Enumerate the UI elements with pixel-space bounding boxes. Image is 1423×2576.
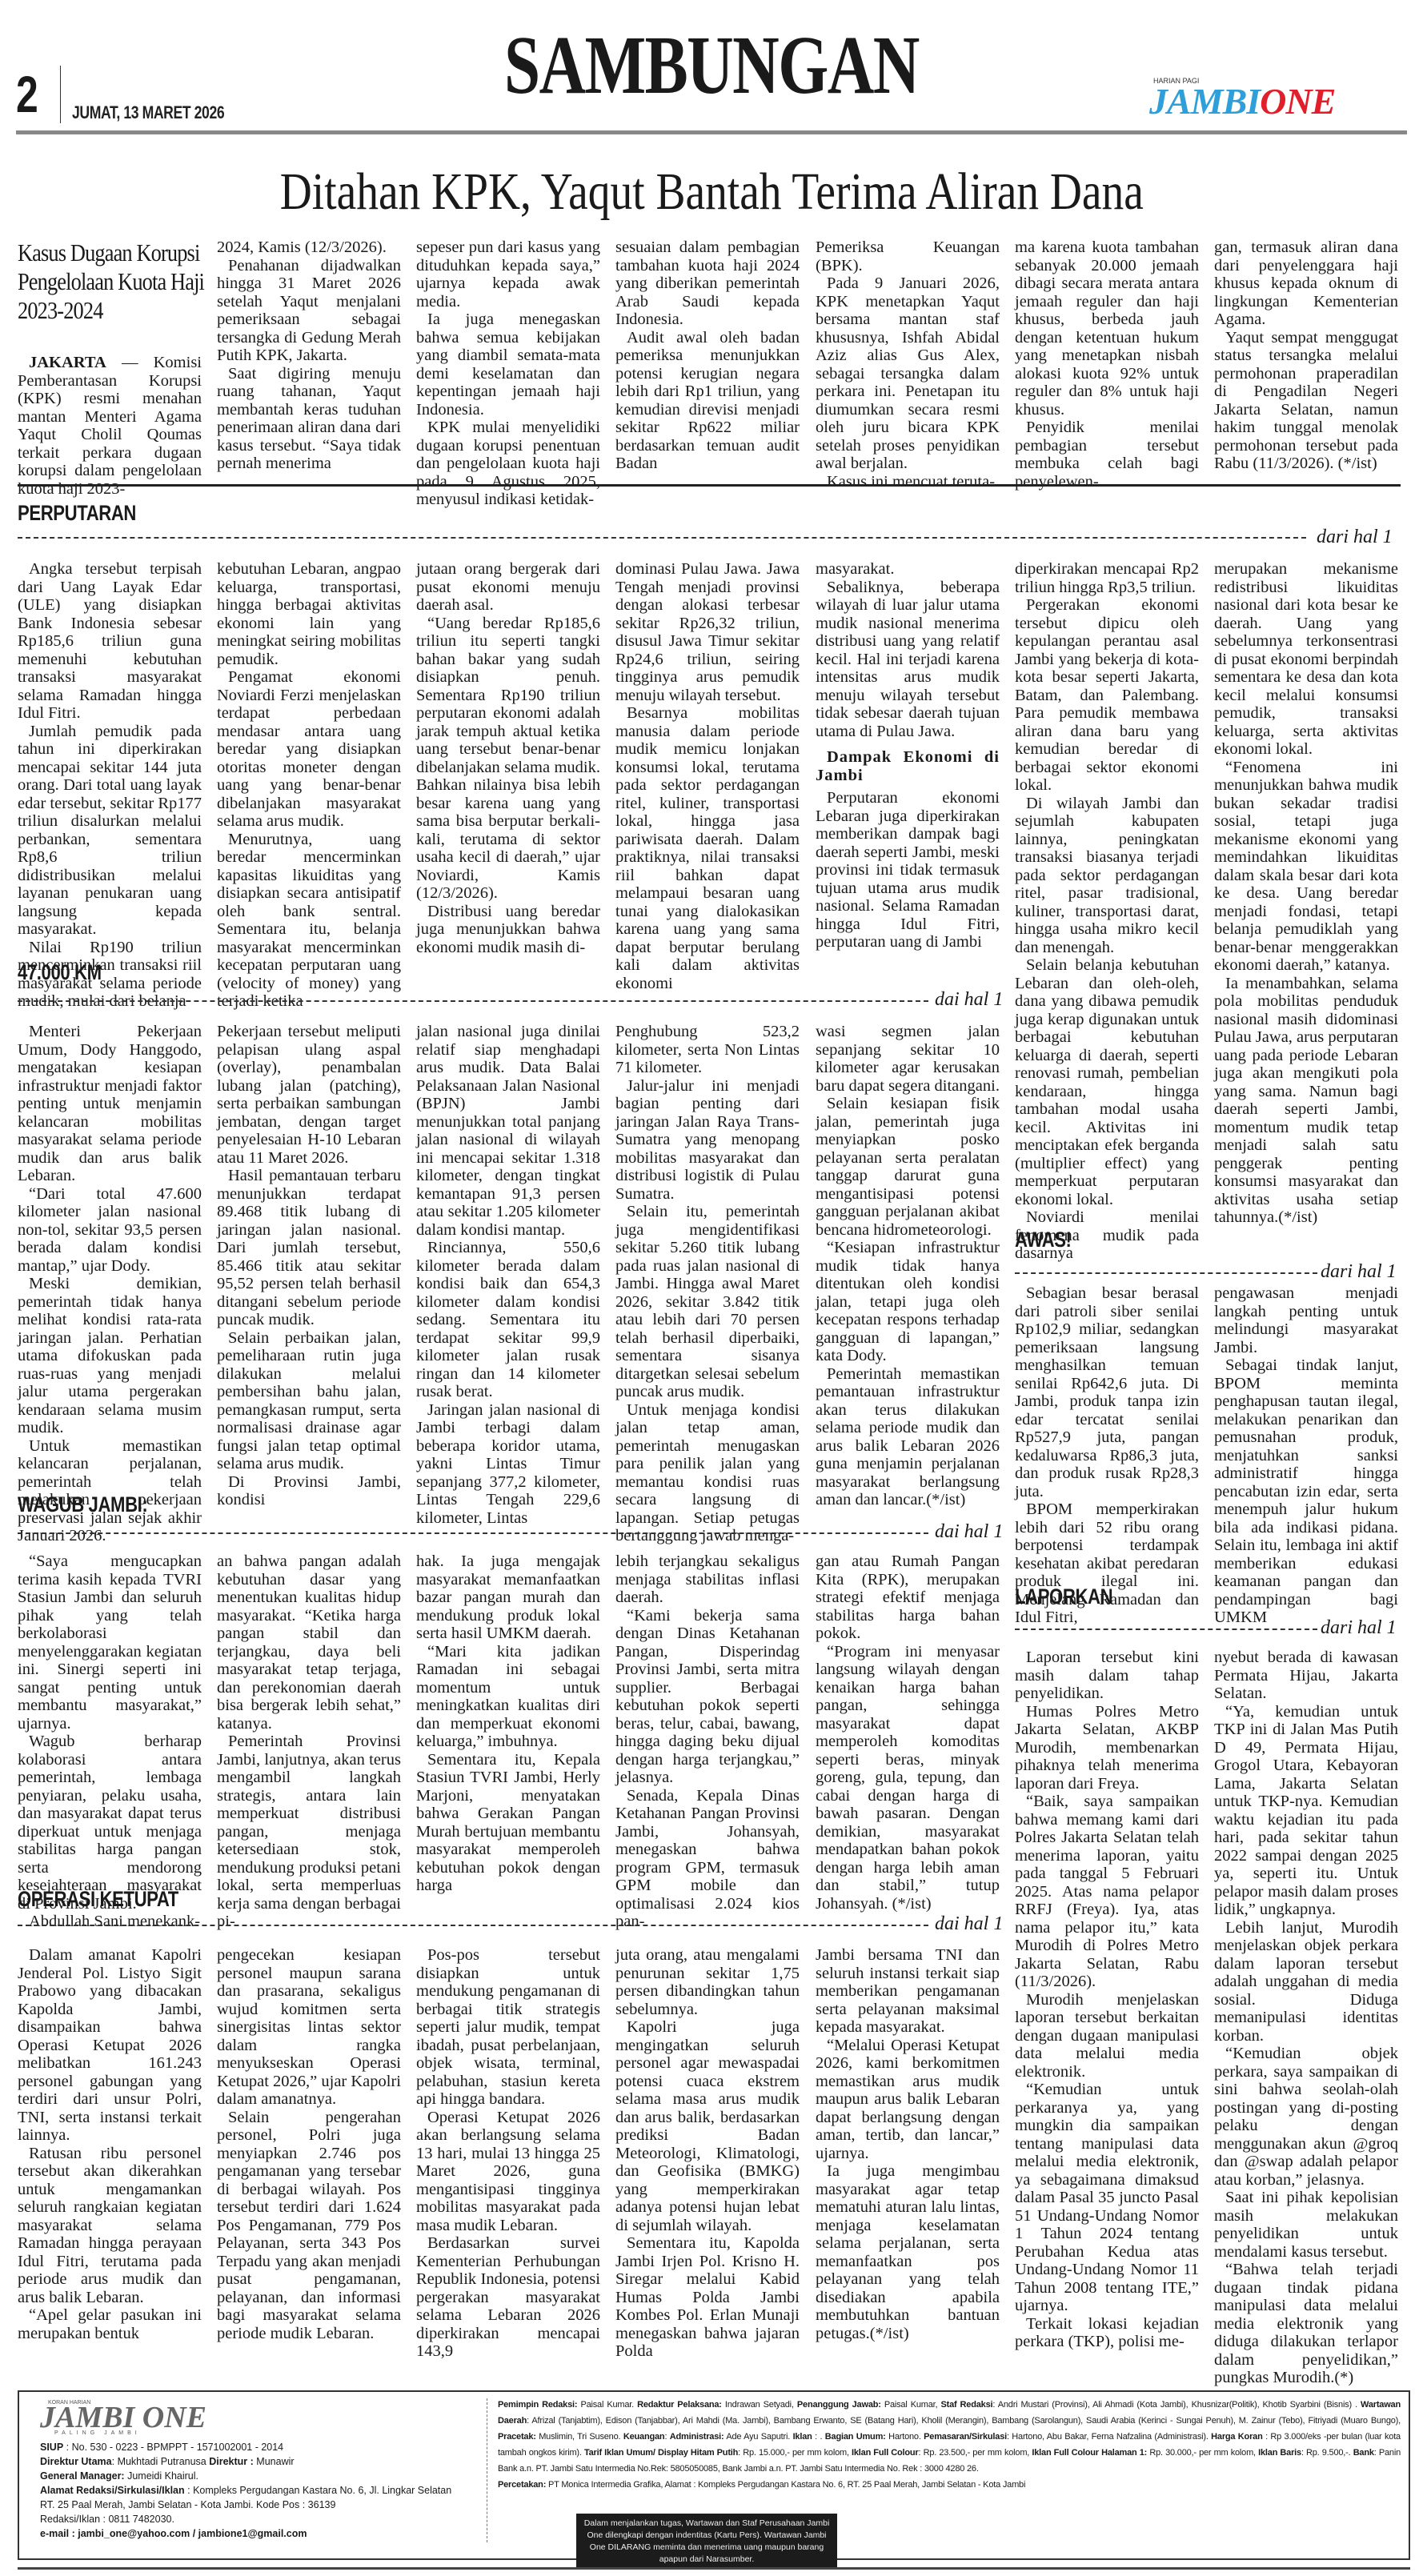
paragraph: Selain kesiapan fisik jalan, pemerintah … xyxy=(816,1095,1000,1239)
continued-from-link[interactable]: dari hal 1 xyxy=(1321,1617,1397,1638)
paragraph: Saat ini pihak kepolisian masih melakuka… xyxy=(1214,2189,1398,2261)
alamat-label: Alamat Redaksi/Sirkulasi/Iklan xyxy=(40,2485,185,2496)
paragraph: “Uang beredar Rp185,6 triliun itu sepert… xyxy=(416,615,600,903)
continued-from-link[interactable]: dari hal 1 xyxy=(1321,1261,1397,1282)
staff-label: Redaktur Pelaksana: xyxy=(637,2400,722,2410)
paragraph: “Melalui Operasi Ketupat 2026, kami berk… xyxy=(816,2037,1000,2163)
paragraph: Di Provinsi Jambi, kondisi xyxy=(217,1473,401,1509)
perputaran-column-4: dominasi Pulau Jawa. Jawa Tengah menjadi… xyxy=(615,560,800,992)
staff-label: Iklan Full Colour xyxy=(852,2448,919,2458)
paragraph: Wagub berharap kolaborasi antara pemerin… xyxy=(18,1733,202,1913)
laporkan-column-1: Laporan tersebut kini masih dalam tahap … xyxy=(1015,1649,1199,2351)
section-title-perputaran: PERPUTARAN xyxy=(18,501,162,525)
staff-label: Harga Koran xyxy=(1211,2432,1262,2442)
paragraph: Sebagian besar berasal dari patroli sibe… xyxy=(1015,1284,1199,1500)
jambione-logo: HARIAN PAGI JAMBIONE xyxy=(1149,77,1405,125)
paragraph: Distribusi uang beredar juga menunjukkan… xyxy=(416,903,600,957)
email: e-mail : jambi_one@yahoo.com / jambione1… xyxy=(40,2526,488,2541)
paragraph: Meski demikian, pemerintah tidak hanya m… xyxy=(18,1275,202,1437)
kicker-line: Pengelolaan Kuota Haji xyxy=(18,267,204,296)
section-title-text: PERPUTARAN xyxy=(18,501,136,525)
paragraph: “Baik, saya sampaikan bahwa memang kami … xyxy=(1015,1793,1199,1991)
paragraph: sesuaian dalam pembagian tambahan kuota … xyxy=(615,238,800,329)
paragraph: Pemerintah memastikan pemantauan infrast… xyxy=(816,1365,1000,1509)
rubric-text: SAMBUNGAN xyxy=(504,24,919,107)
lead-column-7: gan, termasuk aliran dana dari penyeleng… xyxy=(1214,238,1398,473)
staff-text: : Hartono, Abu Bakar, Ferna Nafzalina (A… xyxy=(1007,2432,1211,2442)
press-notice: Dalam menjalankan tugas, Wartawan dan St… xyxy=(576,2514,837,2570)
paragraph: gan atau Rumah Pangan Kita (RPK), merupa… xyxy=(816,1552,1000,1643)
gm-value: Jumeidi Khairul. xyxy=(127,2470,198,2482)
paragraph: diperkirakan mencapai Rp2 triliun hingga… xyxy=(1015,560,1199,596)
paragraph: Selain itu, pemerintah juga mengidentifi… xyxy=(615,1203,800,1401)
paragraph: Penyidik menilai pembagian tersebut memb… xyxy=(1015,419,1199,491)
paragraph: Selain pengerahan personel, Polri juga m… xyxy=(217,2109,401,2343)
staff-label: Keuangan xyxy=(623,2432,665,2442)
staff-label: Iklan Full Colour Halaman 1: xyxy=(1032,2448,1147,2458)
paragraph: masyarakat. xyxy=(816,560,1000,579)
paragraph: Murodih menjelaskan laporan tersebut ber… xyxy=(1015,1991,1199,2081)
kicker-line: Kasus Dugaan Korupsi xyxy=(18,238,199,267)
paragraph: nyebut berada di kawasan Permata Hijau, … xyxy=(1214,1649,1398,1703)
lead-column-2: 2024, Kamis (12/3/2026). Penahanan dijad… xyxy=(217,238,401,473)
subheading: Dampak Ekonomi di Jambi xyxy=(816,748,1000,784)
ketupat-column-1: Dalam amanat Kapolri Jenderal Pol. Listy… xyxy=(18,1946,202,2342)
paragraph: Pekerjaan tersebut meliputi pelapisan ul… xyxy=(217,1023,401,1167)
paragraph: “Ya, kemudian untuk TKP ini di Jalan Mas… xyxy=(1214,1703,1398,1919)
dashed-rule xyxy=(18,1532,928,1534)
staff-text: : Rp. 23.500,- per mm kolom, xyxy=(919,2448,1032,2458)
continued-from-link[interactable]: dai hal 1 xyxy=(935,1913,1003,1934)
staff-label: Iklan Baris xyxy=(1258,2448,1301,2458)
lead-headline-text: Ditahan KPK, Yaqut Bantah Terima Aliran … xyxy=(279,164,1143,220)
laporkan-column-2: nyebut berada di kawasan Permata Hijau, … xyxy=(1214,1649,1398,2387)
publisher-info: SIUP : No. 530 - 0223 - BPMPPT - 1571002… xyxy=(40,2440,488,2541)
lead-headline: Ditahan KPK, Yaqut Bantah Terima Aliran … xyxy=(0,164,1423,220)
paragraph: Selain perbaikan jalan, pemeliharaan rut… xyxy=(217,1329,401,1473)
paragraph: Hasil pemantauan terbaru menunjukkan ter… xyxy=(217,1167,401,1329)
paragraph: Senada, Kepala Dinas Ketahanan Pangan Pr… xyxy=(615,1787,800,1931)
paragraph: jalan nasional juga dinilai relatif siap… xyxy=(416,1023,600,1239)
paragraph: Sebagai tindak lanjut, BPOM meminta peng… xyxy=(1214,1356,1398,1627)
percetakan-value: PT Monica Intermedia Grafika, Alamat : K… xyxy=(546,2480,1025,2490)
paragraph: Ia juga menegaskan bahwa semua kebijakan… xyxy=(416,310,600,419)
staff-text: Ade Ayu Saputri. xyxy=(724,2432,792,2442)
paragraph: “Dari total 47.600 kilometer jalan nasio… xyxy=(18,1185,202,1276)
staff-text: Paisal Kumar. xyxy=(577,2400,637,2410)
staff-text: Rp. 30.000,- per mm kolom, xyxy=(1147,2448,1258,2458)
lead-column-3: sepeser pun dari kasus yang dituduhkan k… xyxy=(416,238,600,509)
section-title-awas: AWAS! xyxy=(1015,1228,1084,1252)
footer-divider xyxy=(487,2398,487,2542)
wagub-column-2: an bahwa pangan adalah kebutuhan dasar y… xyxy=(217,1552,401,1931)
paragraph: kebutuhan Lebaran, angpao keluarga, tran… xyxy=(217,560,401,668)
dashed-rule xyxy=(18,1925,928,1926)
paragraph: an bahwa pangan adalah kebutuhan dasar y… xyxy=(217,1552,401,1733)
paragraph: Besarnya mobilitas manusia dalam periode… xyxy=(615,704,800,992)
wagub-column-3: hak. Ia juga mengajak masyarakat memanfa… xyxy=(416,1552,600,1895)
paragraph: “Kemudian objek perkara, saya sampaikan … xyxy=(1214,2045,1398,2189)
section-title-47000km: 47.000 KM xyxy=(18,960,120,984)
paragraph: Kapolri juga mengingatkan seluruh person… xyxy=(615,2018,800,2234)
km-column-3: jalan nasional juga dinilai relatif siap… xyxy=(416,1023,600,1527)
paragraph: pengawasan menjadi langkah penting untuk… xyxy=(1214,1284,1398,1356)
staff-label: Bank xyxy=(1353,2448,1374,2458)
ketupat-column-2: pengecekan kesiapan personel maupun sara… xyxy=(217,1946,401,2342)
paragraph: Yaqut sempat menggugat status tersangka … xyxy=(1214,329,1398,473)
paragraph: lebih terjangkau sekaligus menjaga stabi… xyxy=(615,1552,800,1607)
paragraph: Kasus ini mencuat teruta- xyxy=(816,473,1000,491)
staff-label: Pemasaran/Sirkulasi xyxy=(924,2432,1007,2442)
perputaran-column-5: masyarakat. Sebaliknya, beberapa wilayah… xyxy=(816,560,1000,951)
paragraph: Menurutnya, uang beredar mencerminkan ka… xyxy=(217,831,401,1011)
staff-text: : Rp. 9.500,-. xyxy=(1301,2448,1353,2458)
continued-from-link[interactable]: dai hal 1 xyxy=(935,1521,1003,1542)
paragraph: “Fenomena ini menunjukkan bahwa mudik bu… xyxy=(1214,759,1398,975)
paragraph: pengecekan kesiapan personel maupun sara… xyxy=(217,1946,401,2109)
alamat-value: : Kompleks Pergudangan Kastara No. 6, Jl… xyxy=(187,2485,451,2496)
paragraph: Pada 9 Januari 2026, KPK menetapkan Yaqu… xyxy=(816,274,1000,473)
paragraph: Jaringan jalan nasional di Jambi terbagi… xyxy=(416,1401,600,1528)
staff-info: Pemimpin Redaksi: Paisal Kumar. Redaktur… xyxy=(498,2397,1401,2493)
staff-label: Staf Redaksi xyxy=(940,2400,992,2410)
wagub-column-1: “Saya mengucapkan terima kasih kepada TV… xyxy=(18,1552,202,1931)
lead-column-1: Kasus Dugaan Korupsi Pengelolaan Kuota H… xyxy=(18,238,202,498)
ketupat-column-4: juta orang, atau mengalami penurunan sek… xyxy=(615,1946,800,2361)
km-column-2: Pekerjaan tersebut meliputi pelapisan ul… xyxy=(217,1023,401,1509)
paragraph: KPK mulai menyelidiki dugaan korupsi pen… xyxy=(416,419,600,509)
dashed-rule xyxy=(18,537,1306,539)
staff-label: Penanggung Jawab: xyxy=(797,2400,881,2410)
paragraph: Rinciannya, 550,6 kilometer berada dalam… xyxy=(416,1239,600,1401)
continued-from-link[interactable]: dai hal 1 xyxy=(935,989,1003,1010)
paragraph: “Bahwa telah terjadi dugaan tindak pidan… xyxy=(1214,2261,1398,2387)
siup-label: SIUP xyxy=(40,2442,63,2453)
paragraph: Pemerintah Provinsi Jambi, lanjutnya, ak… xyxy=(217,1733,401,1931)
paragraph: Penahanan dijadwalkan hingga 31 Maret 20… xyxy=(217,257,401,365)
dashed-rule xyxy=(18,1000,928,1002)
logo-jambi: JAMBI xyxy=(1149,81,1260,122)
awas-column-2: pengawasan menjadi langkah penting untuk… xyxy=(1214,1284,1398,1627)
impressum-box: KORAN HARIAN JAMBI ONE PALING JAMBI SIUP… xyxy=(18,2390,1410,2560)
awas-column-1: Sebagian besar berasal dari patroli sibe… xyxy=(1015,1284,1199,1627)
siup-value: : No. 530 - 0223 - BPMPPT - 1571002001 -… xyxy=(66,2442,283,2453)
section-title-text: LAPORKAN xyxy=(1015,1584,1112,1608)
paragraph: Audit awal oleh badan pemeriksa menunjuk… xyxy=(615,329,800,473)
section-title-text: OPERASI KETUPAT xyxy=(18,1887,178,1911)
section-title-ketupat: OPERASI KETUPAT xyxy=(18,1887,214,1911)
wagub-column-4: lebih terjangkau sekaligus menjaga stabi… xyxy=(615,1552,800,1931)
paragraph: “Saya mengucapkan terima kasih kepada TV… xyxy=(18,1552,202,1733)
paragraph: Humas Polres Metro Jakarta Selatan, AKBP… xyxy=(1015,1703,1199,1793)
dashed-rule xyxy=(1015,1629,1317,1630)
paragraph: Abdullah Sani menekank- xyxy=(18,1913,202,1931)
paragraph: Pemeriksa Keuangan (BPK). xyxy=(816,238,1000,274)
footer-logo-text: JAMBI ONE xyxy=(40,2402,206,2434)
lead-column-4: sesuaian dalam pembagian tambahan kuota … xyxy=(615,238,800,473)
percetakan-label: Percetakan: xyxy=(498,2480,546,2490)
paragraph: gan, termasuk aliran dana dari penyeleng… xyxy=(1214,238,1398,329)
paragraph: ma karena kuota tambahan sebanyak 20.000… xyxy=(1015,238,1199,419)
paragraph: Terkait lokasi kejadian perkara (TKP), p… xyxy=(1015,2315,1199,2351)
paragraph: Di wilayah Jambi dan sejumlah kabupaten … xyxy=(1015,795,1199,957)
dirut-label: Direktur Utama xyxy=(40,2456,112,2467)
paragraph: “Kemudian untuk perkaranya ya, yang mung… xyxy=(1015,2081,1199,2315)
paragraph: hak. Ia juga mengajak masyarakat memanfa… xyxy=(416,1552,600,1643)
paragraph: dominasi Pulau Jawa. Jawa Tengah menjadi… xyxy=(615,560,800,704)
continued-from-link[interactable]: dari hal 1 xyxy=(1317,527,1393,547)
paragraph: Jalur-jalur ini menjadi bagian penting d… xyxy=(615,1077,800,1204)
paragraph: Penghubung 523,2 kilometer, serta Non Li… xyxy=(615,1023,800,1077)
staff-text: : . xyxy=(812,2432,825,2442)
perputaran-column-2: kebutuhan Lebaran, angpao keluarga, tran… xyxy=(217,560,401,1011)
paragraph: Menteri Pekerjaan Umum, Dody Hanggodo, m… xyxy=(18,1023,202,1185)
staff-text: : Rp. 15.000,- per mm kolom, xyxy=(738,2448,852,2458)
paragraph: jutaan orang bergerak dari pusat ekonomi… xyxy=(416,560,600,615)
paragraph: Pergerakan ekonomi tersebut dipicu oleh … xyxy=(1015,596,1199,795)
paragraph: sepeser pun dari kasus yang dituduhkan k… xyxy=(416,238,600,310)
paragraph: merupakan mekanisme redistribusi likuidi… xyxy=(1214,560,1398,759)
perputaran-column-6: diperkirakan mencapai Rp2 triliun hingga… xyxy=(1015,560,1199,1263)
paragraph: Pengamat ekonomi Noviardi Ferzi menjelas… xyxy=(217,668,401,831)
dirut-value: : Mukhtadi Putranusa xyxy=(112,2456,206,2467)
dateline: JAKARTA xyxy=(29,354,106,371)
paragraph: Saat digiring menuju ruang tahanan, Yaqu… xyxy=(217,365,401,473)
section-title-laporkan: LAPORKAN xyxy=(1015,1584,1134,1608)
lead-bottom-rule xyxy=(18,484,1401,487)
paragraph: Selain belanja kebutuhan Lebaran dan ole… xyxy=(1015,956,1199,1208)
ketupat-column-3: Pos-pos tersebut disiapkan untuk menduku… xyxy=(416,1946,600,2361)
staff-text: Indrawan Setyadi, xyxy=(722,2400,797,2410)
paragraph: “Apel gelar pasukan ini merupakan bentuk xyxy=(18,2306,202,2342)
logo-one: ONE xyxy=(1260,81,1335,122)
dashed-rule xyxy=(1015,1272,1317,1274)
footer-logo: KORAN HARIAN JAMBI ONE PALING JAMBI xyxy=(40,2400,232,2437)
paragraph: Dalam amanat Kapolri Jenderal Pol. Listy… xyxy=(18,1946,202,2145)
staff-label: Administrasi: xyxy=(670,2432,724,2442)
phone: Redaksi/Iklan : 0811 7482030. xyxy=(40,2512,488,2526)
masthead-rule xyxy=(16,130,1407,134)
kicker-line: 2023-2024 xyxy=(18,296,103,325)
gm-label: General Manager: xyxy=(40,2470,125,2482)
paragraph: Lebih lanjut, Murodih menjelaskan objek … xyxy=(1214,1919,1398,2045)
paragraph: Angka tersebut terpisah dari Uang Layak … xyxy=(18,560,202,723)
paragraph: Ia juga mengimbau masyarakat agar tetap … xyxy=(816,2162,1000,2342)
staff-text: Paisal Kumar, xyxy=(881,2400,941,2410)
paragraph: Sementara itu, Kapolda Jambi Irjen Pol. … xyxy=(615,2234,800,2361)
paragraph: Untuk memastikan kelancaran perjalanan, … xyxy=(18,1437,202,1545)
staff-text: : Afrizal (Tanjabtim), Edison (Tanjabbar… xyxy=(527,2416,1401,2426)
paragraph: “Kesiapan infrastruktur mudik tidak hany… xyxy=(816,1239,1000,1365)
alamat-line-2: RT. 25 Paal Merah, Jambi Selatan - Kota … xyxy=(40,2498,488,2512)
section-title-wagub: WAGUB JAMBI: xyxy=(18,1492,176,1516)
paragraph: juta orang, atau mengalami penurunan sek… xyxy=(615,1946,800,2018)
page-bottom-rule xyxy=(18,2567,1410,2570)
perputaran-column-3: jutaan orang bergerak dari pusat ekonomi… xyxy=(416,560,600,956)
lead-kicker: Kasus Dugaan Korupsi Pengelolaan Kuota H… xyxy=(18,238,202,325)
staff-label: Bagian Umum: xyxy=(825,2432,886,2442)
paragraph: Laporan tersebut kini masih dalam tahap … xyxy=(1015,1649,1199,1703)
paragraph: Sebaliknya, beberapa wilayah di luar jal… xyxy=(816,579,1000,741)
section-title-text: 47.000 KM xyxy=(18,960,102,984)
paragraph: 2024, Kamis (12/3/2026). xyxy=(217,238,401,257)
km-column-4: Penghubung 523,2 kilometer, serta Non Li… xyxy=(615,1023,800,1545)
lead-column-6: ma karena kuota tambahan sebanyak 20.000… xyxy=(1015,238,1199,491)
paragraph: — Komisi Pemberantasan Korupsi (KPK) res… xyxy=(18,354,202,498)
paragraph: “Kami bekerja sama dengan Dinas Ketahana… xyxy=(615,1607,800,1787)
direktur-label: Direktur : xyxy=(209,2456,254,2467)
paragraph: Ratusan ribu personel tersebut akan dike… xyxy=(18,2145,202,2307)
paragraph: Berdasarkan survei Kementerian Perhubung… xyxy=(416,2234,600,2361)
paragraph: “Program ini menyasar langsung wilayah d… xyxy=(816,1643,1000,1913)
perputaran-column-1: Angka tersebut terpisah dari Uang Layak … xyxy=(18,560,202,1011)
ketupat-column-5: Jambi bersama TNI dan seluruh instansi t… xyxy=(816,1946,1000,2342)
staff-label: Pemimpin Redaksi: xyxy=(498,2400,577,2410)
paragraph: Operasi Ketupat 2026 akan berlangsung se… xyxy=(416,2109,600,2235)
paragraph: Perputaran ekonomi Lebaran juga diperkir… xyxy=(816,789,1000,951)
section-title-text: WAGUB JAMBI: xyxy=(18,1492,147,1516)
perputaran-column-7: merupakan mekanisme redistribusi likuidi… xyxy=(1214,560,1398,1227)
km-column-5: wasi segmen jalan sepanjang sekitar 10 k… xyxy=(816,1023,1000,1509)
staff-text: : Andri Mustari (Provinsi), Ali Ahmadi (… xyxy=(992,2400,1361,2410)
lead-column-5: Pemeriksa Keuangan (BPK). Pada 9 Januari… xyxy=(816,238,1000,491)
staff-text: Hartono. xyxy=(886,2432,924,2442)
direktur-value: Munawir xyxy=(256,2456,294,2467)
paragraph: Jumlah pemudik pada tahun ini diperkirak… xyxy=(18,723,202,939)
staff-label: Iklan xyxy=(793,2432,812,2442)
paragraph: Sementara itu, Kepala Stasiun TVRI Jambi… xyxy=(416,1751,600,1895)
paragraph: Untuk menjaga kondisi jalan tetap aman, … xyxy=(615,1401,800,1545)
staff-text: Muslimin, Tri Suseno. xyxy=(536,2432,623,2442)
km-column-1: Menteri Pekerjaan Umum, Dody Hanggodo, m… xyxy=(18,1023,202,1545)
wagub-column-5: gan atau Rumah Pangan Kita (RPK), merupa… xyxy=(816,1552,1000,1913)
footer-logo-tagline: PALING JAMBI xyxy=(54,2430,141,2436)
paragraph: Ia menambahkan, selama pola mobilitas pe… xyxy=(1214,975,1398,1227)
staff-label: Pracetak: xyxy=(498,2432,536,2442)
staff-label: Tarif Iklan Umum/ Display Hitam Putih xyxy=(584,2448,738,2458)
section-title-text: AWAS! xyxy=(1015,1228,1072,1252)
paragraph: “Mari kita jadikan Ramadan ini sebagai m… xyxy=(416,1643,600,1751)
paragraph: Pos-pos tersebut disiapkan untuk menduku… xyxy=(416,1946,600,2109)
paragraph: wasi segmen jalan sepanjang sekitar 10 k… xyxy=(816,1023,1000,1095)
paragraph: Jambi bersama TNI dan seluruh instansi t… xyxy=(816,1946,1000,2037)
